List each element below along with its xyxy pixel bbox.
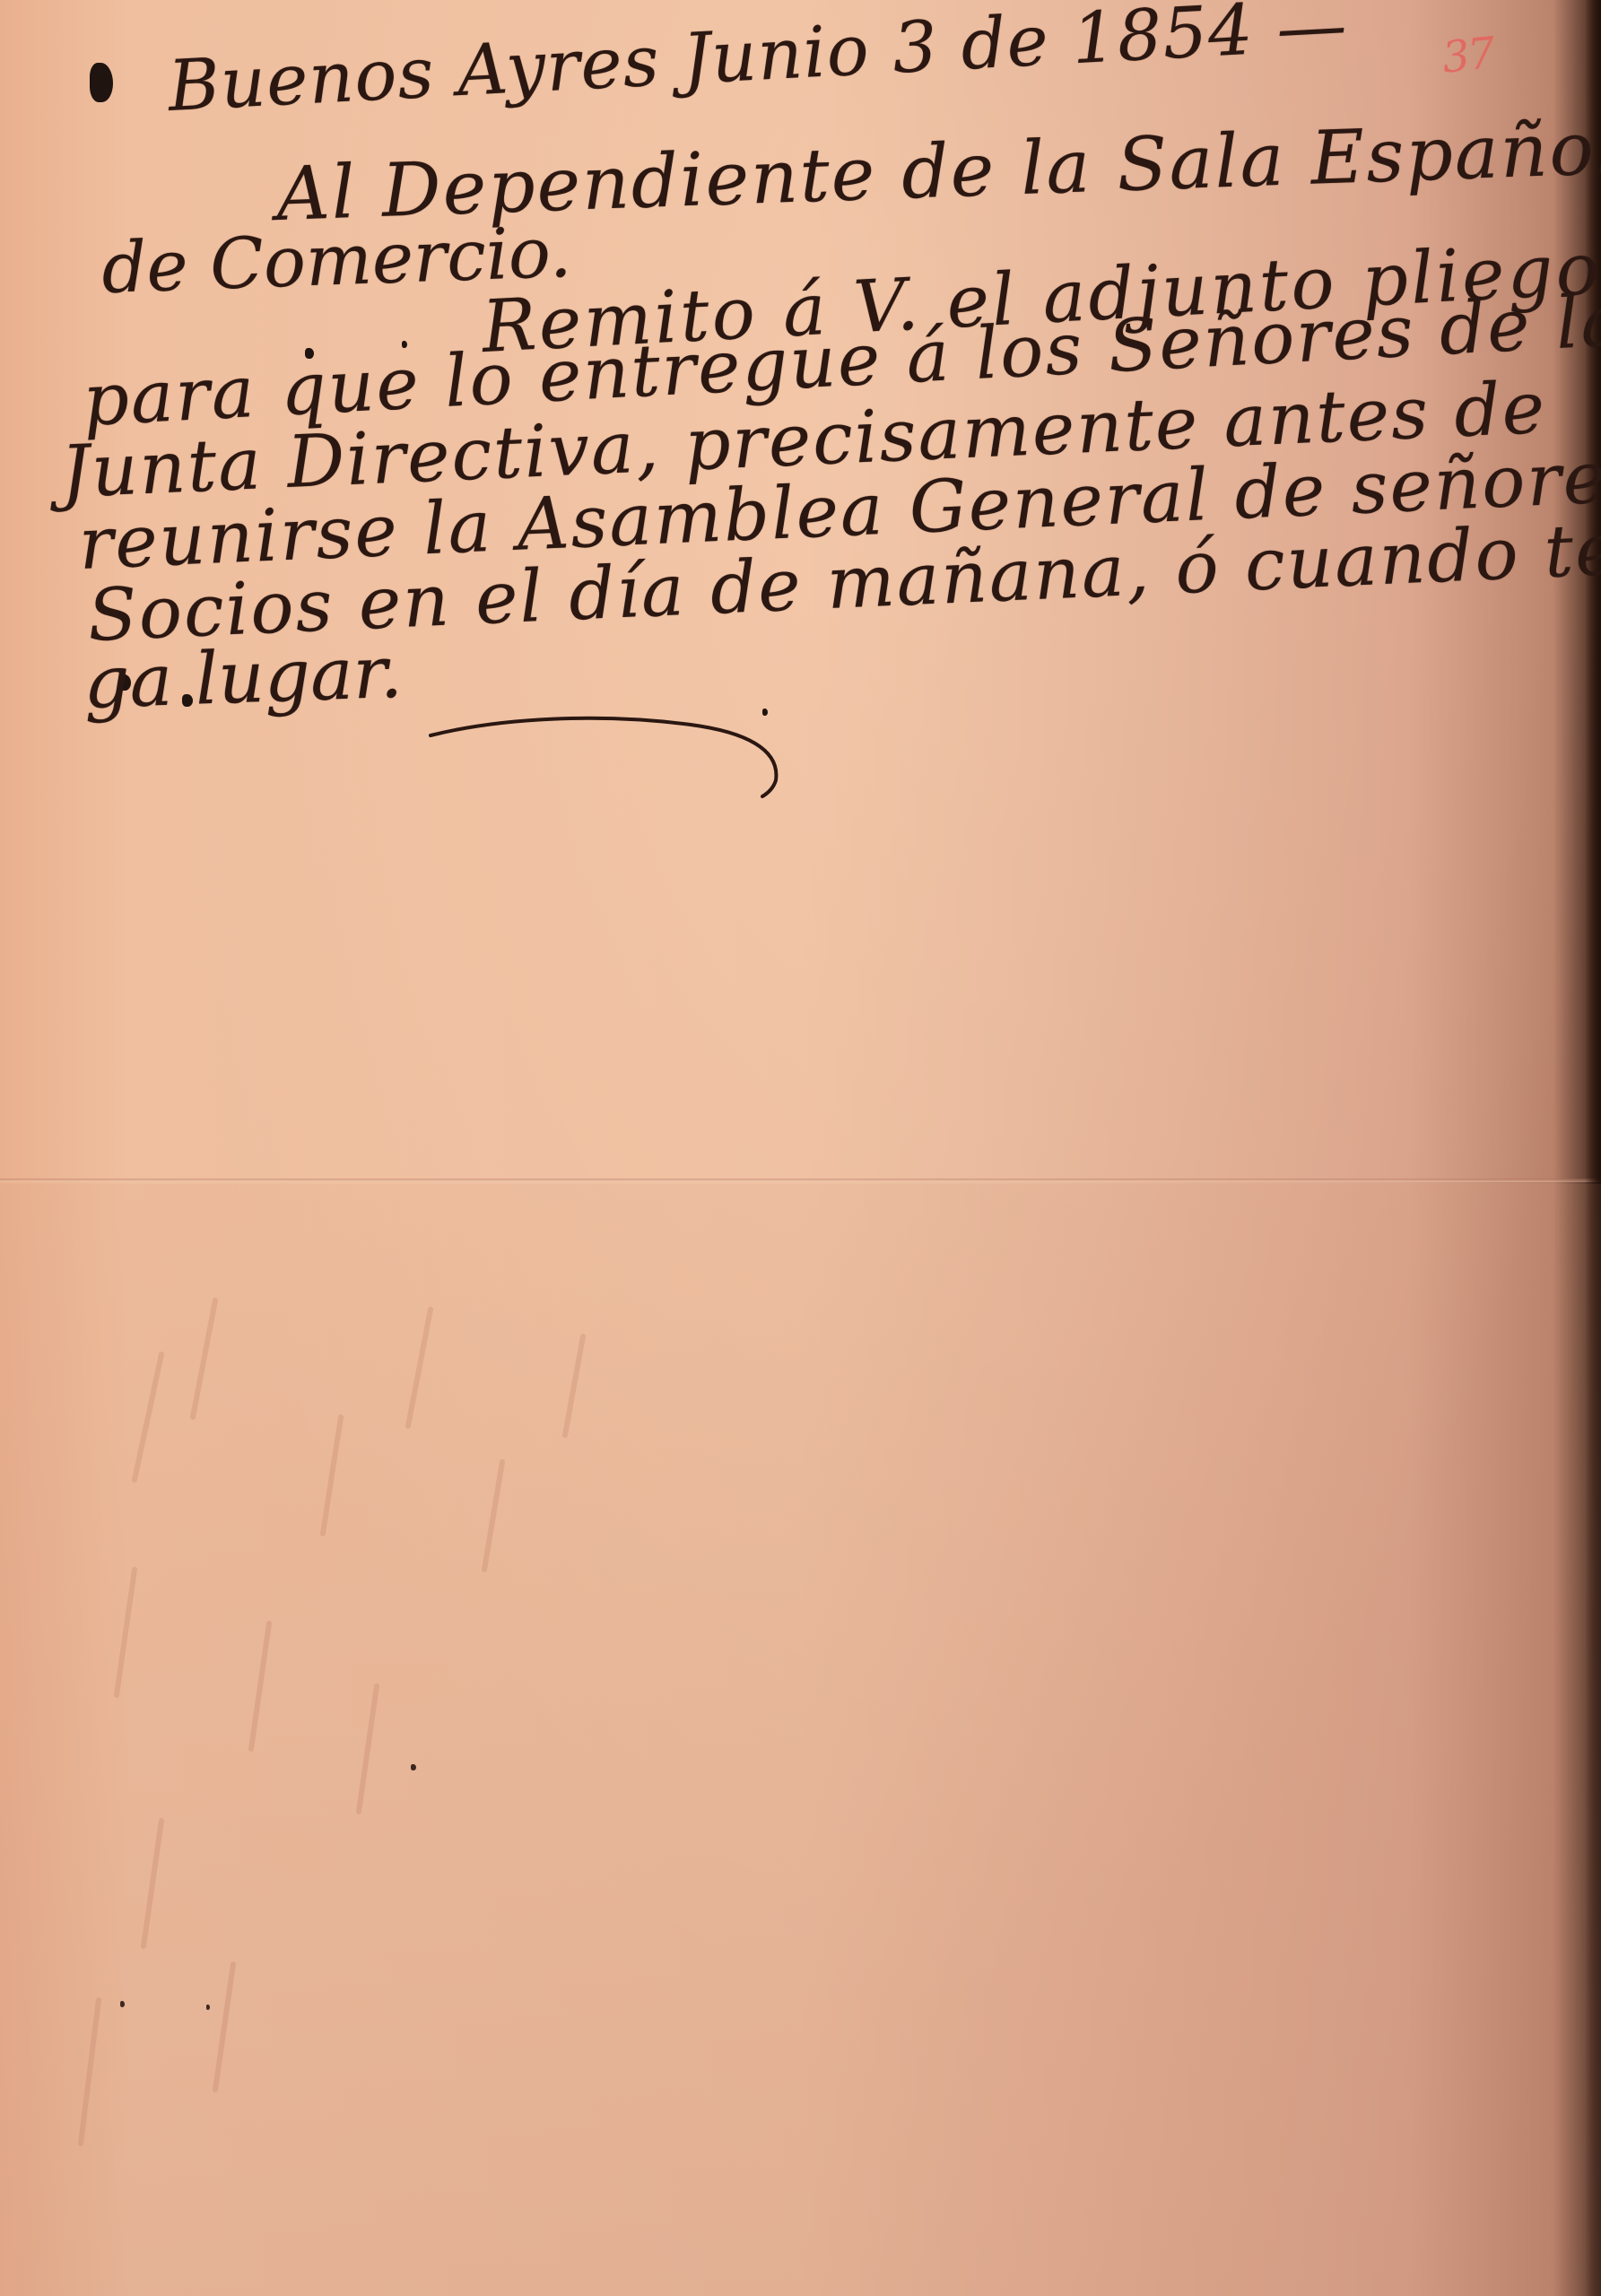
ink-blot: [120, 2001, 125, 2007]
document-page: 37 Buenos Ayres Junio 3 de 1854 — Al Dep…: [0, 0, 1601, 2296]
ink-blot: [90, 63, 113, 102]
folio-number: 37: [1440, 28, 1496, 83]
letter-body-line: ga lugar.: [83, 631, 404, 725]
paper-stains: [0, 1193, 1601, 2296]
closing-flourish: [422, 700, 798, 798]
ink-blot: [206, 2005, 210, 2010]
paper-fold-line: [0, 1178, 1601, 1182]
letter-date-line: Buenos Ayres Junio 3 de 1854 —: [166, 0, 1349, 127]
ink-blot: [411, 1764, 416, 1770]
